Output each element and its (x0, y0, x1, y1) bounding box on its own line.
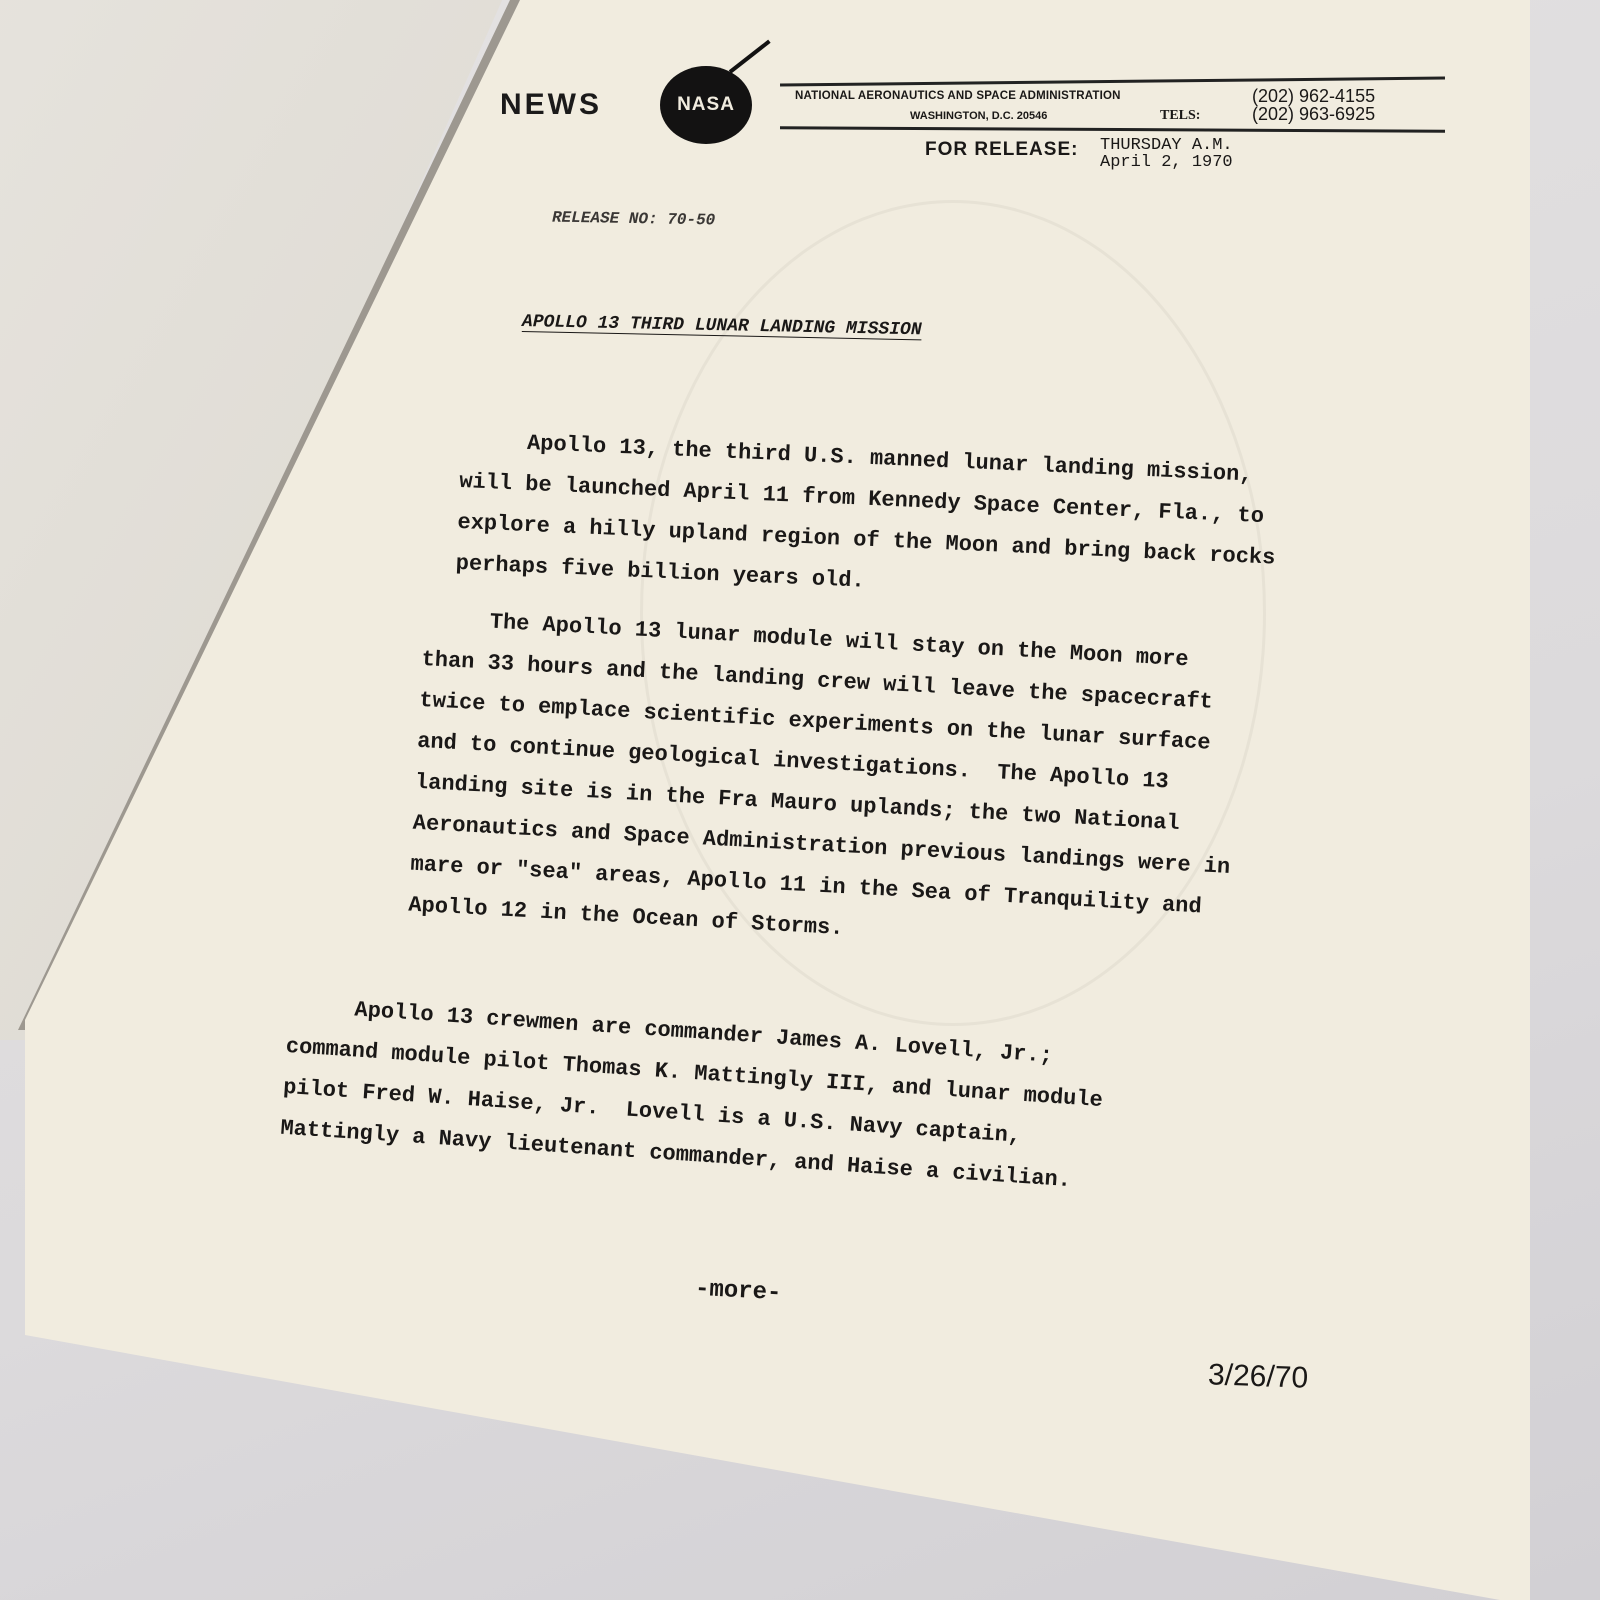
paragraph-2: The Apollo 13 lunar module will stay on … (407, 598, 1373, 977)
news-label: NEWS (500, 88, 602, 122)
paragraph-1: Apollo 13, the third U.S. manned lunar l… (455, 420, 1381, 624)
agency-name: NATIONAL AERONAUTICS AND SPACE ADMINISTR… (795, 90, 1121, 102)
nasa-swoosh-icon (729, 40, 771, 74)
release-number: RELEASE NO: 70-50 (552, 209, 716, 230)
date-stamp: 3/26/70 (1207, 1358, 1308, 1395)
header-rule-bottom (780, 126, 1445, 132)
tels-label: TELS: (1160, 108, 1200, 124)
for-release-label: FOR RELEASE: (925, 139, 1078, 161)
nasa-logo-text: NASA (677, 94, 735, 116)
phone-number-2: (202) 963-6925 (1252, 104, 1375, 125)
paragraph-3: Apollo 13 crewmen are commander James A.… (279, 985, 1367, 1220)
header-rule-top (780, 77, 1445, 87)
more-continuation: -more- (694, 1276, 782, 1307)
release-date: April 2, 1970 (1100, 153, 1233, 172)
nasa-logo-icon: NASA (660, 66, 752, 144)
agency-address: WASHINGTON, D.C. 20546 (910, 110, 1047, 122)
document-content: NEWS NASA NATIONAL AERONAUTICS AND SPACE… (0, 0, 1600, 1600)
